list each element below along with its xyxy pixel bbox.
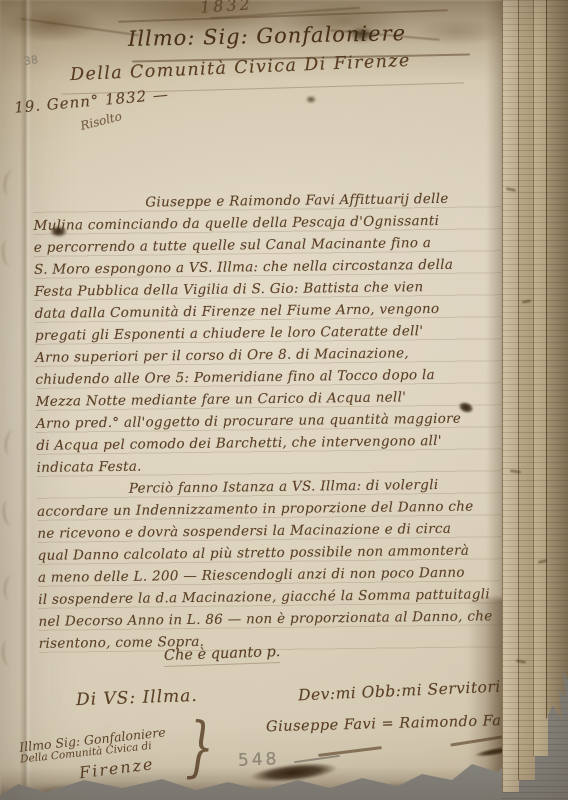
- ink-bleedthrough: [1, 239, 18, 266]
- pencil-corner-number: 38: [23, 53, 39, 68]
- closing-formula: Che è quanto p.: [164, 644, 281, 667]
- ink-bleedthrough: [1, 639, 17, 666]
- signature-flourish: [318, 746, 382, 756]
- ink-blot: [306, 96, 316, 103]
- left-fold-crease: [20, 0, 32, 800]
- ink-bleedthrough: [1, 499, 18, 527]
- registry-annotation: Risolto: [79, 109, 123, 133]
- ink-blot: [50, 226, 67, 237]
- pencil-flourish: [294, 755, 340, 763]
- soiled-bottom-edge: [0, 768, 568, 800]
- book-page-edges: [502, 0, 568, 800]
- date-note: 19. Genn° 1832 —: [14, 85, 170, 116]
- page-edge-strip: [502, 0, 519, 792]
- letter-body: Giuseppe e Raimondo Favi Affittuarij del…: [33, 187, 511, 655]
- ink-bleedthrough: [2, 169, 20, 197]
- ink-bleedthrough: [3, 429, 20, 457]
- manuscript-page: 1832 38 Illmo: Sig: Gonfaloniere Della C…: [0, 0, 568, 800]
- stain: [350, 28, 374, 41]
- page-edge-strip: [546, 0, 568, 742]
- page-edge-strip: [533, 0, 548, 756]
- closing-left: Di VS: Illma.: [76, 686, 198, 710]
- manuscript-photo: 1832 38 Illmo: Sig: Gonfaloniere Della C…: [0, 0, 568, 800]
- ink-bleedthrough: [3, 574, 20, 601]
